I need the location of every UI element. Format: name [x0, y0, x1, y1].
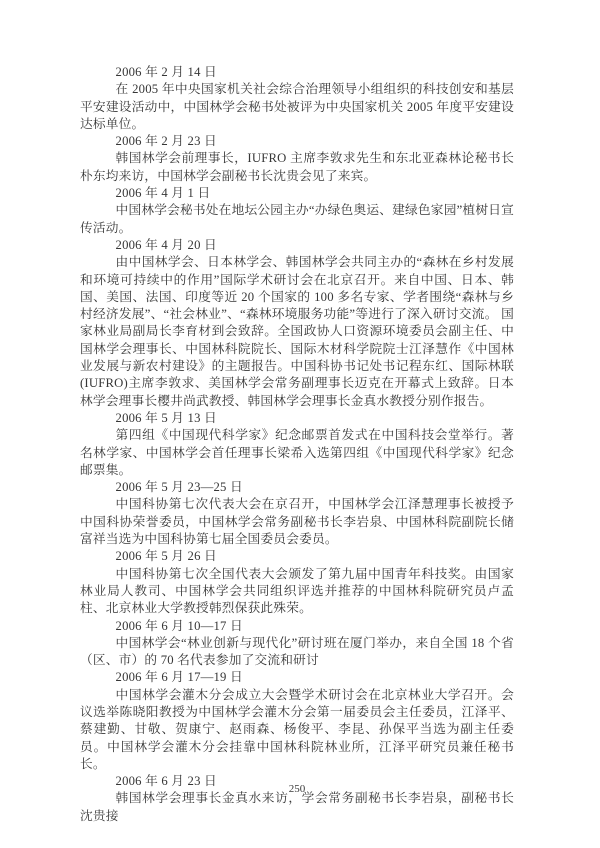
entry-body: 韩国林学会前理事长，IUFRO 主席李敦求先生和东北亚森林论秘书长朴东均来访，中…	[80, 150, 514, 185]
entry-date: 2006 年 5 月 26 日	[80, 548, 514, 565]
entry-date: 2006 年 6 月 10—17 日	[80, 618, 514, 635]
entry-body: 中国林学会“林业创新与现代化”研讨班在厦门举办，来自全国 18 个省（区、市）的…	[80, 635, 514, 670]
entry-body: 由中国林学会、日本林学会、韩国林学会共同主办的“森林在乡村发展和环境可持续中的作…	[80, 254, 514, 410]
page-number: 250	[80, 783, 514, 795]
entry-date: 2006 年 4 月 1 日	[80, 185, 514, 202]
entry-body: 中国林学会秘书处在地坛公园主办“办绿色奥运、建绿色家园”植树日宣传活动。	[80, 202, 514, 237]
entry-date: 2006 年 6 月 17—19 日	[80, 669, 514, 686]
entry-body: 中国科协第七次代表大会在京召开，中国林学会江泽慧理事长被授予中国科协荣誉委员，中…	[80, 496, 514, 548]
entry-date: 2006 年 2 月 14 日	[80, 64, 514, 81]
chronicle-entries: 2006 年 2 月 14 日在 2005 年中央国家机关社会综合治理领导小组组…	[80, 64, 514, 825]
document-page: 2006 年 2 月 14 日在 2005 年中央国家机关社会综合治理领导小组组…	[0, 0, 600, 848]
entry-body: 在 2005 年中央国家机关社会综合治理领导小组组织的科技创安和基层平安建设活动…	[80, 81, 514, 133]
entry-body: 中国林学会灌木分会成立大会暨学术研讨会在北京林业大学召开。会议选举陈晓阳教授为中…	[80, 687, 514, 773]
entry-date: 2006 年 5 月 23—25 日	[80, 479, 514, 496]
entry-body: 中国科协第七次全国代表大会颁发了第九届中国青年科技奖。由国家林业局人教司、中国林…	[80, 566, 514, 618]
entry-date: 2006 年 4 月 20 日	[80, 237, 514, 254]
entry-date: 2006 年 2 月 23 日	[80, 133, 514, 150]
entry-body: 韩国林学会理事长金真水来访，学会常务副秘书长李岩泉，副秘书长沈贵接	[80, 790, 514, 825]
entry-body: 第四组《中国现代科学家》纪念邮票首发式在中国科技会堂举行。著名林学家、中国林学会…	[80, 427, 514, 479]
entry-date: 2006 年 5 月 13 日	[80, 410, 514, 427]
